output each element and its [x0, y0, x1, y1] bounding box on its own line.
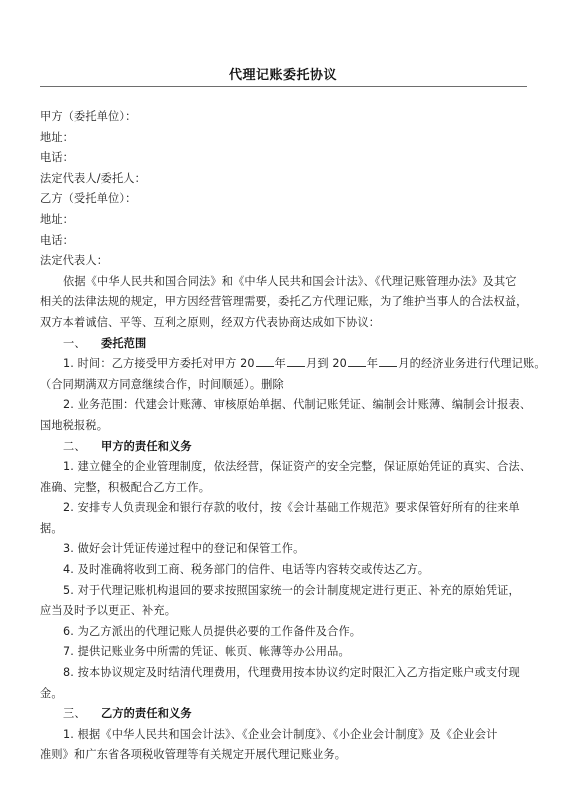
year-blank [348, 355, 366, 367]
preamble-line: 相关的法律法规的规定，甲方因经营管理需要，委托乙方代理记账，为了维护当事人的合法… [40, 292, 530, 313]
clause-text: 月到 20 [306, 357, 347, 370]
clause: 3. 做好会计凭证传递过程中的登记和保管工作。 [40, 539, 530, 560]
party-b-address: 地址： [40, 210, 530, 231]
party-a-representative: 法定代表人/委托人： [40, 169, 530, 190]
clause-continuation: 据。 [40, 519, 530, 540]
clause: 5. 对于代理记账机构退回的要求按照国家统一的会计制度规定进行更正、补充的原始凭… [40, 581, 530, 602]
clause-continuation: 准确、完整，积极配合乙方工作。 [40, 478, 530, 499]
clause: 7. 提供记账业务中所需的凭证、帐页、帐薄等办公用品。 [40, 642, 530, 663]
clause: 1. 建立健全的企业管理制度，依法经营，保证资产的安全完整，保证原始凭证的真实、… [40, 457, 530, 478]
clause-text: 月的经济业务进行代理记账。 [398, 357, 545, 370]
preamble-line: 依据《中华人民共和国合同法》和《中华人民共和国会计法》、《代理记账管理办法》及其… [40, 272, 530, 293]
party-a-address: 地址： [40, 128, 530, 149]
clause: 2. 安排专人负责现金和银行存款的收付，按《会计基础工作规范》要求保管好所有的往… [40, 498, 530, 519]
document-page: 代理记账委托协议 甲方（委托单位）： 地址： 电话： 法定代表人/委托人： 乙方… [0, 0, 566, 800]
year-blank [256, 355, 274, 367]
party-info: 甲方（委托单位）： 地址： 电话： 法定代表人/委托人： 乙方（受托单位）： 地… [40, 107, 530, 272]
clause: 1. 根据《中华人民共和国会计法》、《企业会计制度》、《小企业会计制度》及《企业… [40, 725, 530, 746]
clause-continuation: 准则》和广东省各项税收管理等有关规定开展代理记账业务。 [40, 745, 530, 766]
clause-continuation: 国地税报税。 [40, 416, 530, 437]
section-party-a-duties: 二、甲方的责任和义务 1. 建立健全的企业管理制度，依法经营，保证资产的安全完整… [40, 437, 530, 705]
party-b-label: 乙方（受托单位）： [40, 189, 530, 210]
clause-continuation: （合同期满双方同意继续合作，时间顺延）。删除 [40, 375, 530, 396]
section-number: 二、 [63, 437, 101, 458]
document-title: 代理记账委托协议 [0, 64, 566, 83]
preamble: 依据《中华人民共和国合同法》和《中华人民共和国会计法》、《代理记账管理办法》及其… [40, 272, 530, 334]
section-number: 一、 [63, 334, 101, 355]
clause: 6. 为乙方派出的代理记账人员提供必要的工作备件及合作。 [40, 622, 530, 643]
section-title: 甲方的责任和义务 [101, 440, 192, 453]
clause-text: 年 [275, 357, 286, 370]
clause: 2. 业务范围：代建会计账薄、审核原始单据、代制记账凭证、编制会计账薄、编制会计… [40, 395, 530, 416]
section-heading: 三、乙方的责任和义务 [40, 704, 530, 725]
preamble-line: 双方本着诚信、平等、互利之原则，经双方代表协商达成如下协议： [40, 313, 530, 334]
clause-text: 年 [367, 357, 378, 370]
title-divider [40, 86, 527, 87]
section-party-b-duties: 三、乙方的责任和义务 1. 根据《中华人民共和国会计法》、《企业会计制度》、《小… [40, 704, 530, 766]
party-a-label: 甲方（委托单位）： [40, 107, 530, 128]
clause: 8. 按本协议规定及时结清代理费用，代理费用按本协议约定时限汇入乙方指定账户或支… [40, 663, 530, 684]
clause: 4. 及时准确将收到工商、税务部门的信件、电话等内容转交或传达乙方。 [40, 560, 530, 581]
section-number: 三、 [63, 704, 101, 725]
clause: 1. 时间：乙方接受甲方委托对甲方 20年月到 20年月的经济业务进行代理记账。 [40, 354, 530, 375]
section-title: 乙方的责任和义务 [101, 707, 192, 720]
section-title: 委托范围 [101, 337, 146, 350]
clause-continuation: 应当及时予以更正、补充。 [40, 601, 530, 622]
party-a-phone: 电话： [40, 148, 530, 169]
document-body: 甲方（委托单位）： 地址： 电话： 法定代表人/委托人： 乙方（受托单位）： 地… [40, 107, 530, 766]
party-b-phone: 电话： [40, 231, 530, 252]
clause-text: 1. 时间：乙方接受甲方委托对甲方 20 [63, 357, 255, 370]
month-blank [287, 355, 305, 367]
month-blank [379, 355, 397, 367]
clause-continuation: 金。 [40, 684, 530, 705]
section-heading: 一、委托范围 [40, 334, 530, 355]
section-heading: 二、甲方的责任和义务 [40, 437, 530, 458]
section-scope: 一、委托范围 1. 时间：乙方接受甲方委托对甲方 20年月到 20年月的经济业务… [40, 334, 530, 437]
party-b-representative: 法定代表人： [40, 251, 530, 272]
